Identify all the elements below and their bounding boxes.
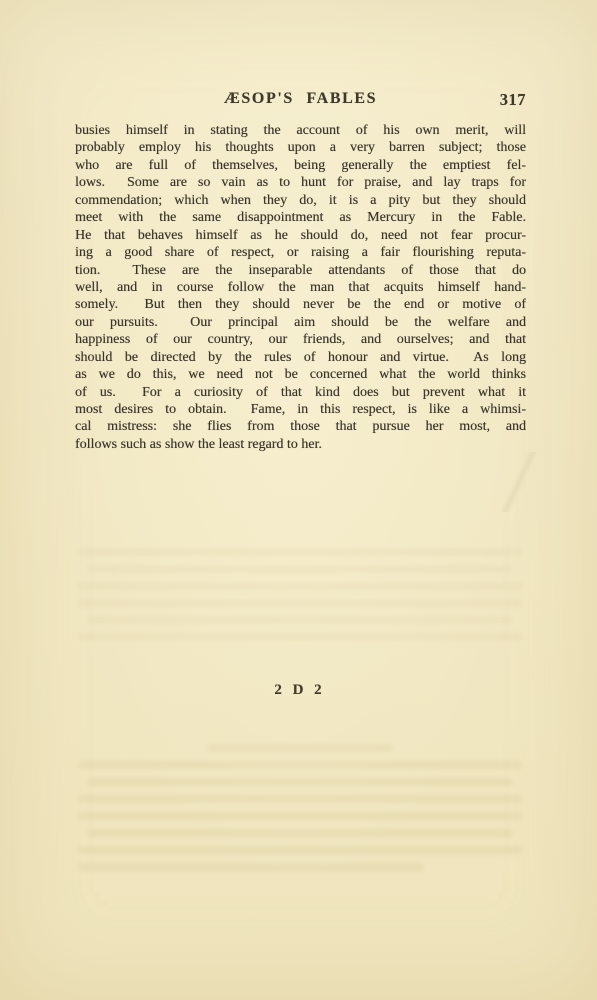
bleed-through-faint [78,548,522,650]
bleed-through-line [78,846,522,854]
bleed-through-line [87,565,513,573]
bleed-through-line [78,761,522,769]
bleed-through-line [78,863,424,871]
text-line: commendation; which when they do, it is … [75,192,526,209]
body-text: busies himself in stating the account of… [75,122,526,453]
text-line: cal mistress: she flies from those that … [75,418,526,435]
text-line: follows such as show the least regard to… [75,436,526,453]
text-line: our pursuits. Our principal aim should b… [75,314,526,331]
bleed-through-line [207,744,393,752]
text-line: of us. For a curiosity of that kind does… [75,384,526,401]
bleed-through-line [78,582,522,590]
text-line: happiness of our country, our friends, a… [75,331,526,348]
bleed-through-line [78,812,522,820]
text-line: somely. But then they should never be th… [75,296,526,313]
text-line: well, and in course follow the man that … [75,279,526,296]
bleed-through-line [78,599,522,607]
bleed-through-line [87,829,513,837]
text-line: most desires to obtain. Fame, in this re… [75,401,526,418]
running-header-title: ÆSOP'S FABLES [75,90,526,108]
signature-mark: 2 D 2 [0,682,597,699]
text-line: ing a good share of respect, or raising … [75,244,526,261]
text-line: He that behaves himself as he should do,… [75,227,526,244]
text-line: busies himself in stating the account of… [75,122,526,139]
running-header: ÆSOP'S FABLES 317 [75,90,526,110]
bleed-through-line [78,633,522,641]
text-line: should be directed by the rules of honou… [75,349,526,366]
text-line: meet with the same disappointment as Mer… [75,209,526,226]
text-line: probably employ his thoughts upon a very… [75,139,526,156]
page-number: 317 [500,90,526,110]
text-line: as we do this, we need not be concerned … [75,366,526,383]
bleed-through-line [87,778,513,786]
text-line: lows. Some are so vain as to hunt for pr… [75,174,526,191]
text-line: who are full of themselves, being genera… [75,157,526,174]
book-page: ÆSOP'S FABLES 317 busies himself in stat… [0,0,597,1000]
bleed-through-line [78,548,522,556]
bleed-through-line [87,616,513,624]
text-line: tion. These are the inseparable attendan… [75,262,526,279]
paper-crease [459,452,579,512]
bleed-through [78,744,522,880]
bleed-through-line [78,795,522,803]
